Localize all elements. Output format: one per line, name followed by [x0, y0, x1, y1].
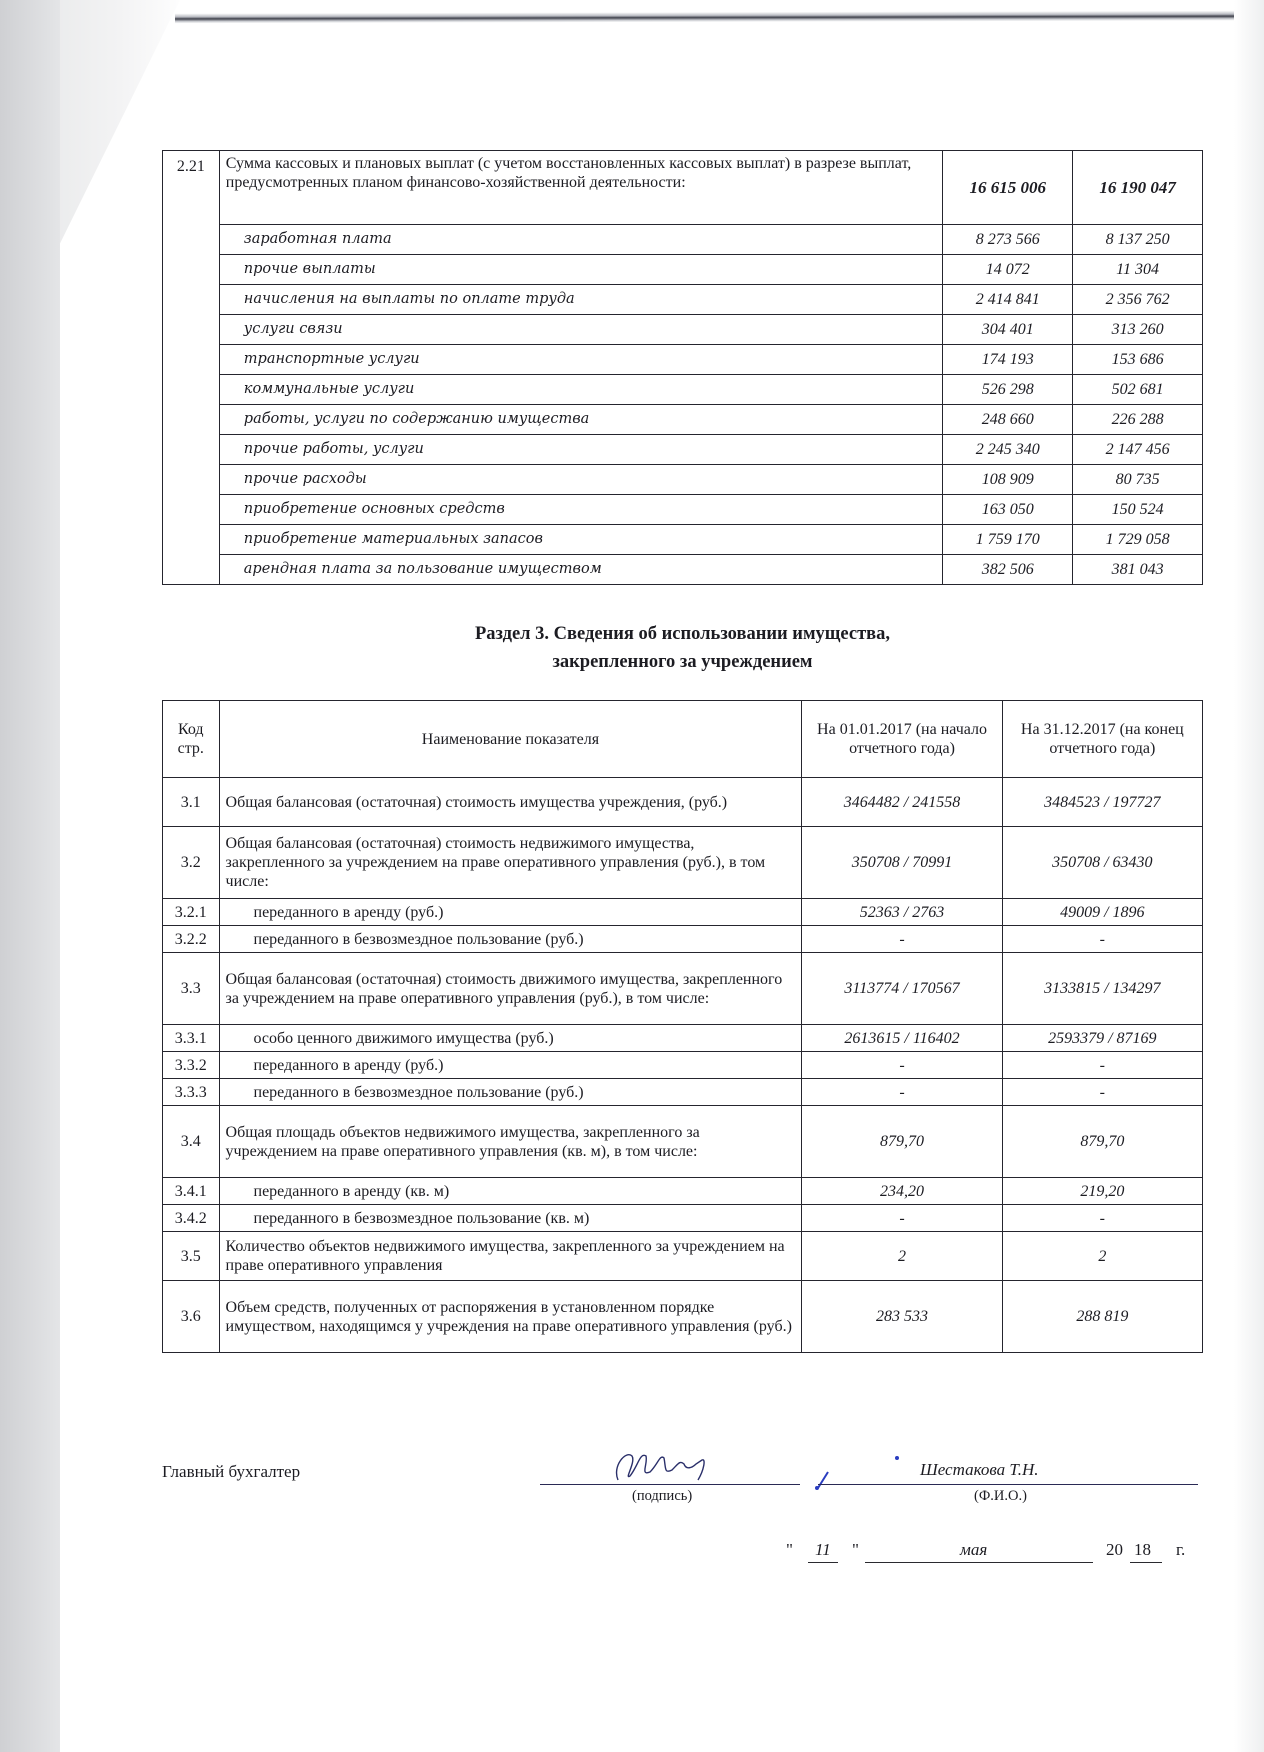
table-row: 3.3Общая балансовая (остаточная) стоимос… — [163, 953, 1203, 1025]
total-start-value: 16 615 006 — [943, 151, 1073, 225]
row-start-value: - — [802, 1052, 1002, 1079]
row-end-value: 350708 / 63430 — [1002, 827, 1202, 899]
row-start-value: 382 506 — [943, 555, 1073, 585]
table-row: 3.2.1переданного в аренду (руб.)52363 / … — [163, 899, 1203, 926]
header-code: Код стр. — [163, 701, 220, 778]
header-name: Наименование показателя — [219, 701, 802, 778]
table-row-2-21: 2.21 Сумма кассовых и плановых выплат (с… — [163, 151, 1203, 225]
row-name: Количество объектов недвижимого имуществ… — [219, 1232, 802, 1281]
scan-edge-right — [1234, 0, 1264, 1752]
date-month: мая — [960, 1540, 987, 1560]
table-row: арендная плата за пользование имуществом… — [163, 555, 1203, 585]
row-name: прочие выплаты — [219, 255, 943, 285]
row-start-value: 3113774 / 170567 — [802, 953, 1002, 1025]
row-name: Общая балансовая (остаточная) стоимость … — [219, 953, 802, 1025]
ink-dot — [895, 1456, 899, 1460]
row-code: 3.1 — [163, 778, 220, 827]
row-end-value: 2 147 456 — [1073, 435, 1203, 465]
row-start-value: 14 072 — [943, 255, 1073, 285]
table-row: приобретение основных средств163 050150 … — [163, 495, 1203, 525]
row-name: переданного в аренду (кв. м) — [219, 1178, 802, 1205]
row-code: 3.3.3 — [163, 1079, 220, 1106]
header-end: На 31.12.2017 (на конец отчетного года) — [1002, 701, 1202, 778]
row-end-value: - — [1002, 1079, 1202, 1106]
row-name: Общая площадь объектов недвижимого имуще… — [219, 1106, 802, 1178]
row-end-value: 313 260 — [1073, 315, 1203, 345]
row-end-value: 288 819 — [1002, 1281, 1202, 1353]
table-row: 3.4.1переданного в аренду (кв. м)234,202… — [163, 1178, 1203, 1205]
row-end-value: 3484523 / 197727 — [1002, 778, 1202, 827]
row-code: 3.3.2 — [163, 1052, 220, 1079]
table-row: прочие работы, услуги2 245 3402 147 456 — [163, 435, 1203, 465]
row-end-value: - — [1002, 1205, 1202, 1232]
row-code: 3.5 — [163, 1232, 220, 1281]
row-start-value: - — [802, 1205, 1002, 1232]
row-name: заработная плата — [219, 225, 943, 255]
row-code: 3.4.1 — [163, 1178, 220, 1205]
row-name: начисления на выплаты по оплате труда — [219, 285, 943, 315]
signer-role: Главный бухгалтер — [162, 1462, 300, 1482]
row-name: переданного в безвозмездное пользование … — [219, 1205, 802, 1232]
row-start-value: - — [802, 1079, 1002, 1106]
row-name: Общая балансовая (остаточная) стоимость … — [219, 778, 802, 827]
row-start-value: 108 909 — [943, 465, 1073, 495]
scan-edge-left-shadow — [0, 0, 60, 1752]
row-name: приобретение основных средств — [219, 495, 943, 525]
row-end-value: 80 735 — [1073, 465, 1203, 495]
row-end-value: 381 043 — [1073, 555, 1203, 585]
table-header-row: Код стр. Наименование показателя На 01.0… — [163, 701, 1203, 778]
table-row: 3.3.3переданного в безвозмездное пользов… — [163, 1079, 1203, 1106]
row-end-value: 153 686 — [1073, 345, 1203, 375]
table-row: 3.1Общая балансовая (остаточная) стоимос… — [163, 778, 1203, 827]
header-start: На 01.01.2017 (на начало отчетного года) — [802, 701, 1002, 778]
date-month-line — [865, 1562, 1093, 1563]
row-start-value: 3464482 / 241558 — [802, 778, 1002, 827]
row-name: транспортные услуги — [219, 345, 943, 375]
table-row: работы, услуги по содержанию имущества24… — [163, 405, 1203, 435]
row-end-value: 226 288 — [1073, 405, 1203, 435]
row-start-value: 174 193 — [943, 345, 1073, 375]
pen-mark-icon — [812, 1462, 842, 1492]
row-name: Общая балансовая (остаточная) стоимость … — [219, 827, 802, 899]
table-row: заработная плата8 273 5668 137 250 — [163, 225, 1203, 255]
table-row: 3.4Общая площадь объектов недвижимого им… — [163, 1106, 1203, 1178]
table-row: транспортные услуги174 193153 686 — [163, 345, 1203, 375]
row-start-value: 234,20 — [802, 1178, 1002, 1205]
row-start-value: 879,70 — [802, 1106, 1002, 1178]
row-name: Объем средств, полученных от распоряжени… — [219, 1281, 802, 1353]
row-code: 3.2 — [163, 827, 220, 899]
table-row: услуги связи304 401313 260 — [163, 315, 1203, 345]
row-end-value: 2 356 762 — [1073, 285, 1203, 315]
row-start-value: 2 — [802, 1232, 1002, 1281]
row-code: 2.21 — [163, 151, 220, 585]
row-start-value: 2613615 / 116402 — [802, 1025, 1002, 1052]
name-caption: (Ф.И.О.) — [974, 1488, 1027, 1505]
row-end-value: 2 — [1002, 1232, 1202, 1281]
row-start-value: - — [802, 926, 1002, 953]
row-end-value: 49009 / 1896 — [1002, 899, 1202, 926]
row-start-value: 8 273 566 — [943, 225, 1073, 255]
row-name: переданного в безвозмездное пользование … — [219, 1079, 802, 1106]
property-table: Код стр. Наименование показателя На 01.0… — [162, 700, 1203, 1353]
section-title-line-1: Раздел 3. Сведения об использовании имущ… — [162, 620, 1203, 648]
row-name: прочие расходы — [219, 465, 943, 495]
table-row: прочие расходы108 90980 735 — [163, 465, 1203, 495]
row-name: коммунальные услуги — [219, 375, 943, 405]
name-line — [818, 1484, 1198, 1485]
row-end-value: - — [1002, 926, 1202, 953]
signature-caption: (подпись) — [632, 1488, 692, 1505]
date-quote-close: " — [852, 1540, 859, 1560]
row-name: услуги связи — [219, 315, 943, 345]
row-end-value: 150 524 — [1073, 495, 1203, 525]
table-row: прочие выплаты14 07211 304 — [163, 255, 1203, 285]
row-code: 3.6 — [163, 1281, 220, 1353]
row-name: переданного в аренду (руб.) — [219, 1052, 802, 1079]
row-start-value: 52363 / 2763 — [802, 899, 1002, 926]
date-day: 11 — [815, 1540, 831, 1560]
table-row: приобретение материальных запасов1 759 1… — [163, 525, 1203, 555]
total-end-value: 16 190 047 — [1073, 151, 1203, 225]
table-row: 3.6Объем средств, полученных от распоряж… — [163, 1281, 1203, 1353]
row-name: переданного в безвозмездное пользование … — [219, 926, 802, 953]
scan-edge-top — [175, 11, 1264, 24]
row-end-value: 2593379 / 87169 — [1002, 1025, 1202, 1052]
row-start-value: 1 759 170 — [943, 525, 1073, 555]
row-code: 3.4.2 — [163, 1205, 220, 1232]
row-start-value: 304 401 — [943, 315, 1073, 345]
row-end-value: 502 681 — [1073, 375, 1203, 405]
date-quote-open: " — [786, 1540, 793, 1560]
signer-name: Шестакова Т.Н. — [920, 1460, 1039, 1480]
row-start-value: 248 660 — [943, 405, 1073, 435]
row-end-value: - — [1002, 1052, 1202, 1079]
row-start-value: 283 533 — [802, 1281, 1002, 1353]
row-end-value: 1 729 058 — [1073, 525, 1203, 555]
row-start-value: 2 245 340 — [943, 435, 1073, 465]
row-name: работы, услуги по содержанию имущества — [219, 405, 943, 435]
date-year-prefix: 20 — [1106, 1540, 1123, 1560]
table-row: 3.5Количество объектов недвижимого имуще… — [163, 1232, 1203, 1281]
row-name: прочие работы, услуги — [219, 435, 943, 465]
table-row: 3.2.2переданного в безвозмездное пользов… — [163, 926, 1203, 953]
section-3-title: Раздел 3. Сведения об использовании имущ… — [162, 620, 1203, 676]
signature-line — [540, 1484, 800, 1485]
row-start-value: 2 414 841 — [943, 285, 1073, 315]
table-row: коммунальные услуги526 298502 681 — [163, 375, 1203, 405]
row-code: 3.2.2 — [163, 926, 220, 953]
row-end-value: 8 137 250 — [1073, 225, 1203, 255]
row-end-value: 219,20 — [1002, 1178, 1202, 1205]
table-row: 3.2Общая балансовая (остаточная) стоимос… — [163, 827, 1203, 899]
row-start-value: 163 050 — [943, 495, 1073, 525]
row-end-value: 879,70 — [1002, 1106, 1202, 1178]
payments-table: 2.21 Сумма кассовых и плановых выплат (с… — [162, 150, 1203, 585]
row-code: 3.3.1 — [163, 1025, 220, 1052]
section-title-line-2: закрепленного за учреждением — [162, 648, 1203, 676]
row-code: 3.2.1 — [163, 899, 220, 926]
row-title: Сумма кассовых и плановых выплат (с учет… — [219, 151, 943, 225]
row-end-value: 3133815 / 134297 — [1002, 953, 1202, 1025]
table-row: начисления на выплаты по оплате труда2 4… — [163, 285, 1203, 315]
row-name: арендная плата за пользование имуществом — [219, 555, 943, 585]
row-start-value: 526 298 — [943, 375, 1073, 405]
date-year-line — [1130, 1562, 1162, 1563]
table-row: 3.3.1особо ценного движимого имущества (… — [163, 1025, 1203, 1052]
date-year-suffix: 18 — [1134, 1540, 1151, 1560]
row-name: приобретение материальных запасов — [219, 525, 943, 555]
row-start-value: 350708 / 70991 — [802, 827, 1002, 899]
table-row: 3.3.2переданного в аренду (руб.)-- — [163, 1052, 1203, 1079]
row-code: 3.4 — [163, 1106, 220, 1178]
row-code: 3.3 — [163, 953, 220, 1025]
row-name: переданного в аренду (руб.) — [219, 899, 802, 926]
handwritten-signature-icon — [610, 1446, 720, 1486]
row-name: особо ценного движимого имущества (руб.) — [219, 1025, 802, 1052]
date-day-line — [808, 1562, 838, 1563]
row-end-value: 11 304 — [1073, 255, 1203, 285]
table-row: 3.4.2переданного в безвозмездное пользов… — [163, 1205, 1203, 1232]
date-year-unit: г. — [1176, 1540, 1185, 1560]
